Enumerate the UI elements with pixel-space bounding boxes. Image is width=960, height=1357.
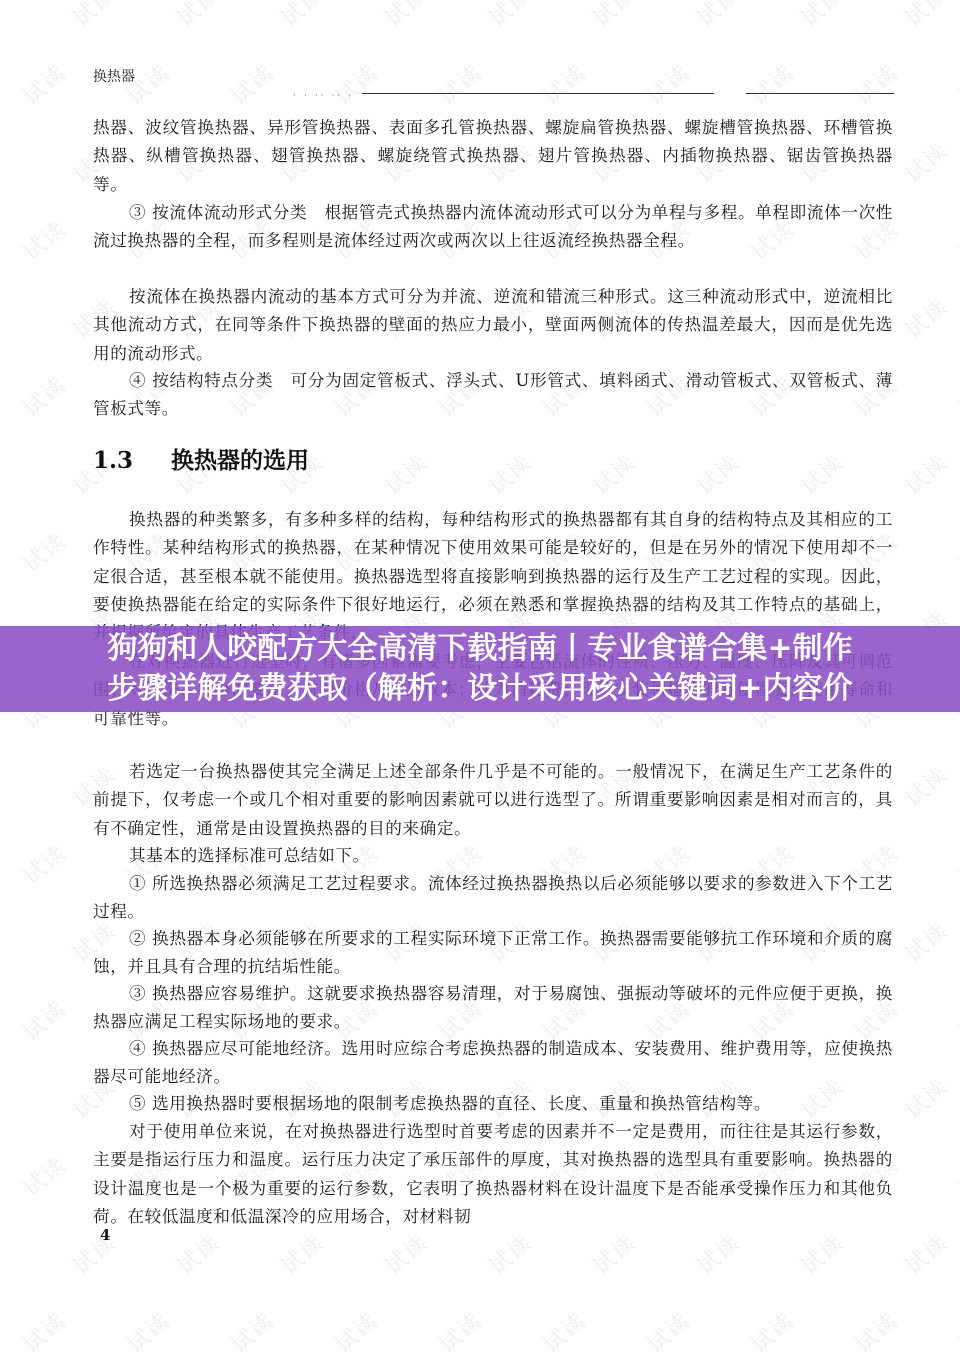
section-title: 换热器的选用 [171,448,309,474]
section-number: 1.3 [93,447,171,474]
header-rule [362,93,714,94]
paragraph: 若选定一台换热器使其完全满足上述全部条件几乎是不可能的。一般情况下，在满足生产工… [93,758,893,843]
banner-title-line-1: 狗狗和人咬配方大全高清下载指南丨专业食谱合集+制作 [107,629,852,669]
paragraph: 其基本的选择标准可总结如下。 [93,842,893,870]
list-item: ⑤ 选用换热器时要根据场地的限制考虑换热器的直径、长度、重量和换热管结构等。 [93,1090,893,1118]
banner-title-line-2: 步骤详解免费获取（解析：设计采用核心关键词+内容价 [107,669,852,709]
title-banner: 狗狗和人咬配方大全高清下载指南丨专业食谱合集+制作 步骤详解免费获取（解析：设计… [0,626,960,712]
paragraph: ③ 按流体流动形式分类 根据管壳式换热器内流体流动形式可以分为单程与多程。单程即… [93,199,893,256]
paragraph: 热器、波纹管换热器、异形管换热器、表面多孔管换热器、螺旋扁管换热器、螺旋槽管换热… [93,114,893,199]
paragraph: 对于使用单位来说，在对换热器进行选型时首要考虑的因素并不一定是费用，而往往是其运… [93,1118,893,1231]
page-number: 4 [100,1226,110,1244]
section-heading: 1.3换热器的选用 [93,442,309,475]
list-item: ① 所选换热器必须满足工艺过程要求。流体经过换热器换热以后必须能够以要求的参数进… [93,870,893,927]
header-rule-dots: · · ·· ·· · [293,91,354,100]
header-rule-short [746,93,894,94]
paragraph: 按流体在换热器内流动的基本方式可分为并流、逆流和错流三种形式。这三种流动形式中，… [93,283,893,368]
paragraph: ④ 按结构特点分类 可分为固定管板式、浮头式、U形管式、填料函式、滑动管板式、双… [93,367,893,424]
list-item: ② 换热器本身必须能够在所要求的工程实际环境下正常工作。换热器需要能够抗工作环境… [93,925,893,982]
running-head: 换热器 [93,66,135,86]
list-item: ③ 换热器应容易维护。这就要求换热器容易清理，对于易腐蚀、强振动等破坏的元件应便… [93,980,893,1037]
list-item: ④ 换热器应尽可能地经济。选用时应综合考虑换热器的制造成本、安装费用、维护费用等… [93,1035,893,1092]
